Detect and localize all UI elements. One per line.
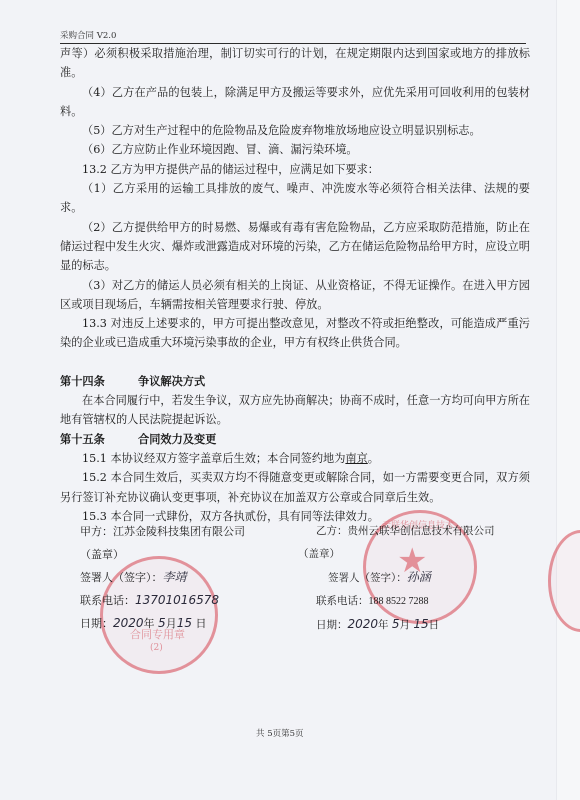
date-month: 5 (158, 616, 166, 630)
clause-13-2: 13.2 乙方为甲方提供产品的储运过程中，应满足如下要求： (60, 160, 530, 179)
date-label: 日期： (80, 617, 113, 630)
signing-place: 南京 (345, 452, 367, 465)
party-b-seal-label: （盖章） (298, 543, 495, 566)
paragraph: （1）乙方采用的运输工具排放的废气、噪声、冲洗废水等必须符合相关法律、法规的要求… (60, 179, 530, 218)
month-unit: 月 (400, 619, 411, 631)
year-unit: 年 (144, 617, 155, 630)
paragraph: （3）对乙方的储运人员必须有相关的上岗证、从业资格证，不得无证操作。在进入甲方园… (60, 276, 530, 315)
day-unit: 日 (429, 619, 440, 631)
document-body: 声等）必须积极采取措施治理，制订切实可行的计划，在规定期限内达到国家或地方的排放… (60, 44, 530, 526)
party-b-phone: 188 8522 7288 (369, 596, 429, 607)
phone-label: 联系电话： (80, 594, 135, 607)
article-number: 第十四条 (60, 372, 138, 391)
day-unit: 日 (195, 617, 206, 630)
party-a-signature: 李靖 (163, 570, 187, 584)
date-day: 15 (177, 616, 192, 630)
spacer (60, 353, 530, 372)
year-unit: 年 (378, 619, 389, 631)
article-14-heading: 第十四条争议解决方式 (60, 372, 530, 391)
party-b-signer-row: 签署人（签字）：孙涵 (298, 566, 495, 590)
clause-15-2: 15.2 本合同生效后，买卖双方均不得随意变更或解除合同，如一方需要变更合同，双… (60, 468, 530, 507)
party-b-phone-row: 联系电话：188 8522 7288 (298, 590, 495, 613)
clause-text: 。 (368, 452, 379, 465)
date-day: 15 (413, 617, 428, 631)
paragraph: （4）乙方在产品的包装上，除满足甲方及搬运等要求外，应优先采用可回收利用的包装材… (60, 83, 530, 122)
clause-text: 15.1 本协议经双方签字盖章后生效；本合同签约地为 (82, 452, 345, 465)
article-15-heading: 第十五条合同效力及变更 (60, 430, 530, 449)
page-footer: 共 5页第5页 (256, 727, 304, 739)
party-b-signature: 孙涵 (407, 570, 431, 584)
paragraph: （5）乙方对生产过程中的危险物品及危险废弃物堆放场地应设立明显识别标志。 (60, 121, 530, 140)
clause-13-3: 13.3 对违反上述要求的，甲方可提出整改意见，对整改不符或拒绝整改，可能造成严… (60, 314, 530, 353)
date-year: 2020 (348, 617, 379, 631)
article-number: 第十五条 (60, 430, 138, 449)
party-a-signer-row: 签署人（签字）：李靖 (80, 566, 245, 589)
date-month: 5 (392, 617, 400, 631)
paragraph: （2）乙方提供给甲方的时易燃、易爆或有毒有害危险物品，乙方应采取防范措施，防止在… (60, 218, 530, 276)
month-unit: 月 (166, 617, 177, 630)
party-a-seal-label: （盖章） (80, 543, 245, 566)
party-b-signature-block: 乙方：贵州云联华创信息技术有限公司 （盖章） 签署人（签字）：孙涵 联系电话：1… (298, 520, 495, 637)
signer-label: 签署人（签字）： (80, 571, 163, 584)
party-a-date-row: 日期：2020年 5月15 日 (80, 612, 245, 635)
article-title: 争议解决方式 (138, 374, 205, 388)
party-a-signature-block: 甲方：江苏金陵科技集团有限公司 （盖章） 签署人（签字）：李靖 联系电话：137… (80, 520, 245, 635)
article-14-text: 在本合同履行中，若发生争议，双方应先协商解决；协商不成时，任意一方均可向甲方所在… (60, 391, 530, 430)
party-a-phone-row: 联系电话：13701016578 (80, 589, 245, 612)
clause-15-1: 15.1 本协议经双方签字盖章后生效；本合同签约地为南京。 (60, 449, 530, 468)
paragraph: 声等）必须积极采取措施治理，制订切实可行的计划，在规定期限内达到国家或地方的排放… (60, 44, 530, 83)
signer-label: 签署人（签字）： (328, 572, 407, 584)
document-header: 采购合同 V2.0 (60, 30, 526, 44)
article-title: 合同效力及变更 (138, 432, 216, 446)
party-b-date-row: 日期：2020年 5月 15日 (298, 613, 495, 637)
paragraph: （6）乙方应防止作业环境因跑、冒、滴、漏污染环境。 (60, 140, 530, 159)
party-a-phone: 13701016578 (135, 593, 219, 607)
adjacent-page-edge (556, 0, 580, 800)
party-a-name: 甲方：江苏金陵科技集团有限公司 (80, 520, 245, 543)
date-year: 2020 (113, 616, 144, 630)
party-b-name: 乙方：贵州云联华创信息技术有限公司 (298, 520, 495, 543)
phone-label: 联系电话： (316, 595, 369, 607)
date-label: 日期： (316, 619, 348, 631)
